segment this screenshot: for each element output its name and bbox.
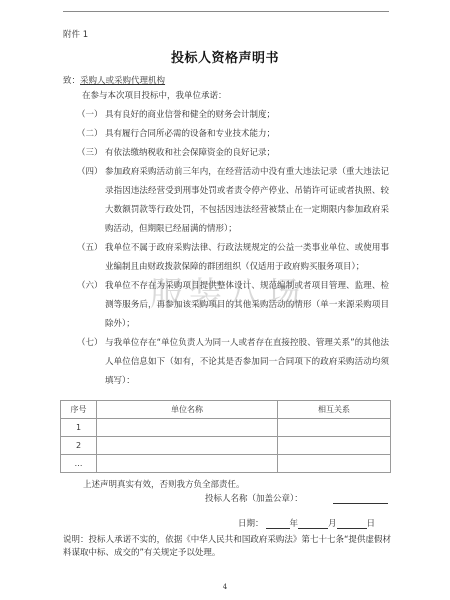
cell-entity-name[interactable]	[97, 437, 278, 455]
table-row: 2	[61, 437, 391, 455]
item-text: 我单位不属于政府采购法律、行政法规规定的公益一类事业单位、或使用事业编制且由财政…	[105, 239, 389, 277]
item-number: （二）	[63, 125, 105, 144]
truthfulness-statement: 上述声明真实有效，否则我方负全部责任。	[83, 478, 245, 490]
cell-relationship[interactable]	[278, 455, 391, 473]
declaration-item-3: （三） 有依法缴纳税收和社会保障资金的良好记录；	[63, 144, 389, 163]
month-label: 月	[328, 517, 337, 529]
related-entities-table: 序号 单位名称 相互关系 1 2 …	[60, 400, 391, 473]
item-number: （一）	[63, 106, 105, 125]
table-row: …	[61, 455, 391, 473]
item-text: 参加政府采购活动前三年内，在经营活动中没有重大违法记录（重大违法记录指因违法经营…	[105, 163, 389, 239]
bidder-name-label: 投标人名称（加盖公章）：	[205, 492, 303, 504]
cell-entity-name[interactable]	[97, 419, 278, 437]
declaration-item-5: （五） 我单位不属于政府采购法律、行政法规规定的公益一类事业单位、或使用事业编制…	[63, 239, 389, 277]
year-blank[interactable]	[266, 519, 290, 529]
item-number: （四）	[63, 163, 105, 239]
cell-index: 2	[61, 437, 97, 455]
month-blank[interactable]	[298, 519, 328, 529]
cell-relationship[interactable]	[278, 437, 391, 455]
item-number: （三）	[63, 144, 105, 163]
addressee-target: 采购人或采购代理机构	[80, 76, 165, 86]
header-divider	[63, 11, 389, 12]
item-text: 我单位不存在为采购项目提供整体设计、规范编制或者项目管理、监理、检测等服务后，再…	[105, 277, 389, 334]
item-number: （六）	[63, 277, 105, 334]
cell-index: 1	[61, 419, 97, 437]
declaration-item-7: （七） 与我单位存在“单位负责人为同一人或者存在直接控股、管理关系”的其他法人单…	[63, 334, 389, 391]
column-header-relationship: 相互关系	[278, 401, 391, 419]
cell-relationship[interactable]	[278, 419, 391, 437]
item-text: 具有良好的商业信誉和健全的财务会计制度；	[105, 106, 389, 125]
bidder-signature-blank[interactable]	[333, 503, 388, 504]
item-text: 具有履行合同所必需的设备和专业技术能力；	[105, 125, 389, 144]
declaration-item-1: （一） 具有良好的商业信誉和健全的财务会计制度；	[63, 106, 389, 125]
declaration-body: 在参与本次项目投标中，我单位承诺： （一） 具有良好的商业信誉和健全的财务会计制…	[63, 87, 389, 391]
table-row: 1	[61, 419, 391, 437]
day-blank[interactable]	[337, 519, 367, 529]
declaration-item-4: （四） 参加政府采购活动前三年内，在经营活动中没有重大违法记录（重大违法记录指因…	[63, 163, 389, 239]
declaration-item-2: （二） 具有履行合同所必需的设备和专业技术能力；	[63, 125, 389, 144]
date-label: 日期：	[238, 517, 264, 529]
date-line: 日期： 年 月 日	[238, 517, 375, 529]
addressee-prefix: 致：	[63, 76, 80, 86]
item-text: 与我单位存在“单位负责人为同一人或者存在直接控股、管理关系”的其他法人单位信息如…	[105, 334, 389, 391]
declaration-item-6: （六） 我单位不存在为采购项目提供整体设计、规范编制或者项目管理、监理、检测等服…	[63, 277, 389, 334]
page-number: 4	[0, 583, 450, 591]
column-header-entity-name: 单位名称	[97, 401, 278, 419]
intro-text: 在参与本次项目投标中，我单位承诺：	[63, 87, 389, 106]
column-header-index: 序号	[61, 401, 97, 419]
document-title: 投标人资格声明书	[0, 47, 450, 66]
item-number: （五）	[63, 239, 105, 277]
cell-index: …	[61, 455, 97, 473]
day-label: 日	[367, 517, 376, 529]
explanatory-note: 说明：投标人承诺不实的，依据《中华人民共和国政府采购法》第七十七条“提供虚假材料…	[63, 534, 391, 560]
attachment-label: 附件 1	[63, 28, 88, 40]
item-text: 有依法缴纳税收和社会保障资金的良好记录；	[105, 144, 389, 163]
year-label: 年	[290, 517, 299, 529]
table-header-row: 序号 单位名称 相互关系	[61, 401, 391, 419]
addressee-line: 致：采购人或采购代理机构	[63, 74, 165, 86]
cell-entity-name[interactable]	[97, 455, 278, 473]
item-number: （七）	[63, 334, 105, 391]
